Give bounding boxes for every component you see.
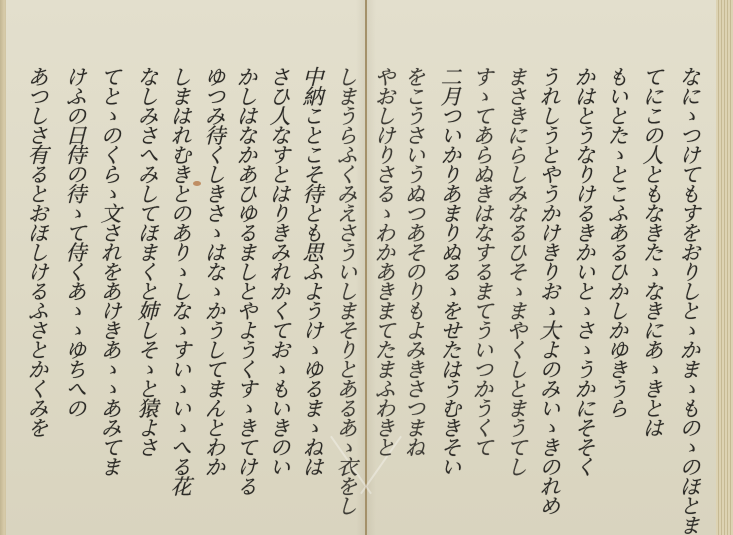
right-column-1: なにゝつけてもすをおりしとゝかまゝものゝのほとま	[675, 66, 703, 534]
left-column-8: てとゝのくらゝ文されをあけきあゝゝあみてま	[96, 66, 124, 476]
book-gutter	[365, 0, 367, 535]
left-column-7: なしみさへみしてほまくと姉しそゝと猿よさ	[133, 66, 161, 456]
left-column-5: ゆつみ待くしきさゝはなゝかうしてまんとわか	[200, 66, 228, 476]
right-column-6: まさきにらしみなるひそゝまやくしとまうてし	[502, 66, 530, 476]
right-column-4: かはとうなりけるきかいとゝさゝうかにそそく	[570, 66, 598, 476]
right-column-2: てにこの人ともなきたゝなきにあゝきとは	[638, 66, 666, 437]
left-column-6: しまはれむきとのありゝしなゝすいゝいゝへる花	[166, 66, 194, 495]
left-column-3: さひ人なすとはりきみれかくておゝもいきのい	[265, 66, 293, 476]
right-column-5: うれしうとやうかけきりおゝ大よのみいゝきのれめ	[535, 66, 563, 515]
right-column-10: やおしけりさるゝわかあきまてたまふわきと	[370, 66, 398, 456]
left-column-10: あつしさ有るとおほしけるふさとかくみを	[23, 66, 51, 437]
left-column-4: かしはなかあひゆるましとやようくすゝきてける	[232, 66, 260, 495]
left-column-1: しまうらふくみえさういしまそりとあるあゝ衣をし	[332, 66, 360, 515]
right-column-3: もいとたゝとこふあるひかしかゆきうら	[603, 66, 631, 417]
right-page-stack-edge	[716, 0, 733, 535]
right-column-8: 二月ついかりあまりぬるゝをせたはうむきそい	[436, 66, 464, 476]
book-spread: なにゝつけてもすをおりしとゝかまゝものゝのほとま てにこの人ともなきたゝなきにあ…	[0, 0, 733, 535]
right-column-9: をこうさいうぬつあそのりもよみきさつまね	[400, 66, 428, 456]
left-column-9: けふの日侍の待ゝて侍くあゝゝゆちへの	[61, 66, 89, 417]
left-column-2: 中納ことこそ待とも思ふようけゝゆるまゝねは	[298, 66, 326, 476]
right-column-7: すゝてあらぬきはなするまてういつかうくて	[468, 66, 496, 456]
